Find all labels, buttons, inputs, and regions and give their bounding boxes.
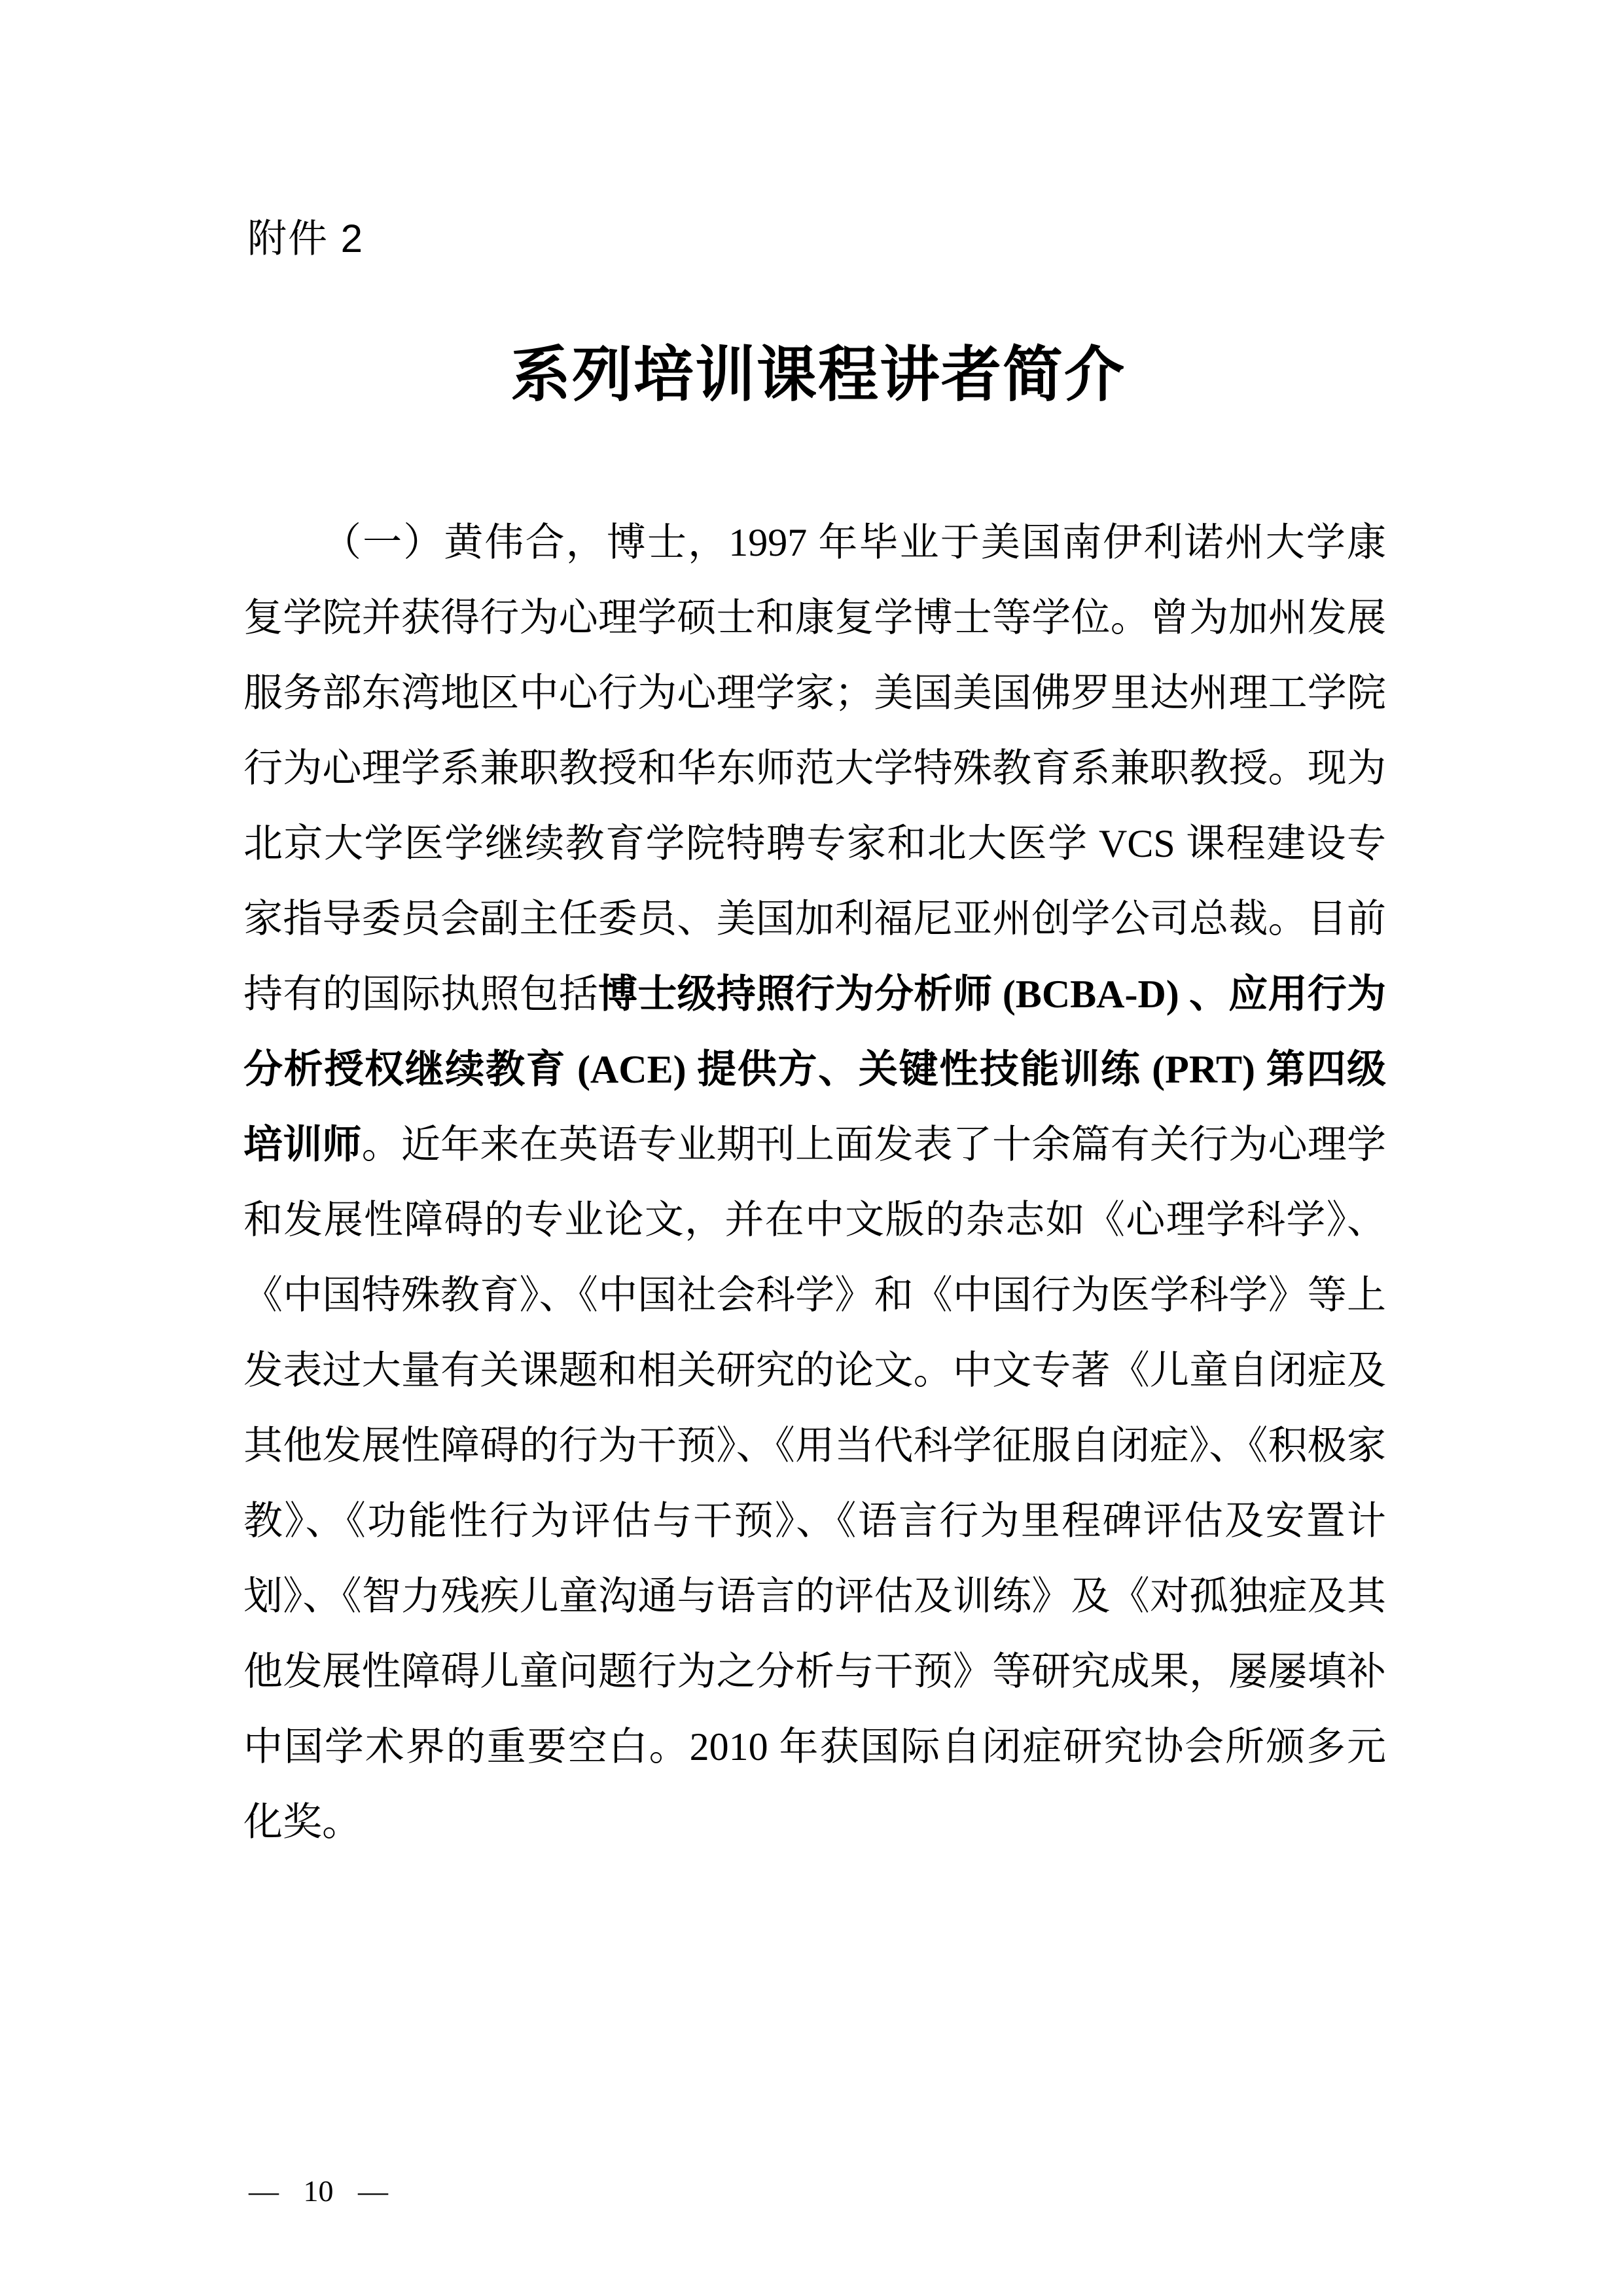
bio-text-tail: 。近年来在英语专业期刊上面发表了十余篇有关行为心理学和发展性障碍的专业论文，并在… xyxy=(243,1123,1386,1844)
document-title: 系列培训课程讲者简介 xyxy=(242,332,1394,418)
document-page: 附件 2 系列培训课程讲者简介 （一）黄伟合，博士，1997 年毕业于美国南伊利… xyxy=(0,0,1623,2296)
speaker-bio-paragraph: （一）黄伟合，博士，1997 年毕业于美国南伊利诺州大学康复学院并获得行为心理学… xyxy=(243,505,1386,1860)
page-number: — 10 — xyxy=(249,2172,388,2211)
bio-text-lead: （一）黄伟合，博士，1997 年毕业于美国南伊利诺州大学康复学院并获得行为心理学… xyxy=(243,521,1386,1016)
attachment-label: 附件 2 xyxy=(247,213,364,264)
